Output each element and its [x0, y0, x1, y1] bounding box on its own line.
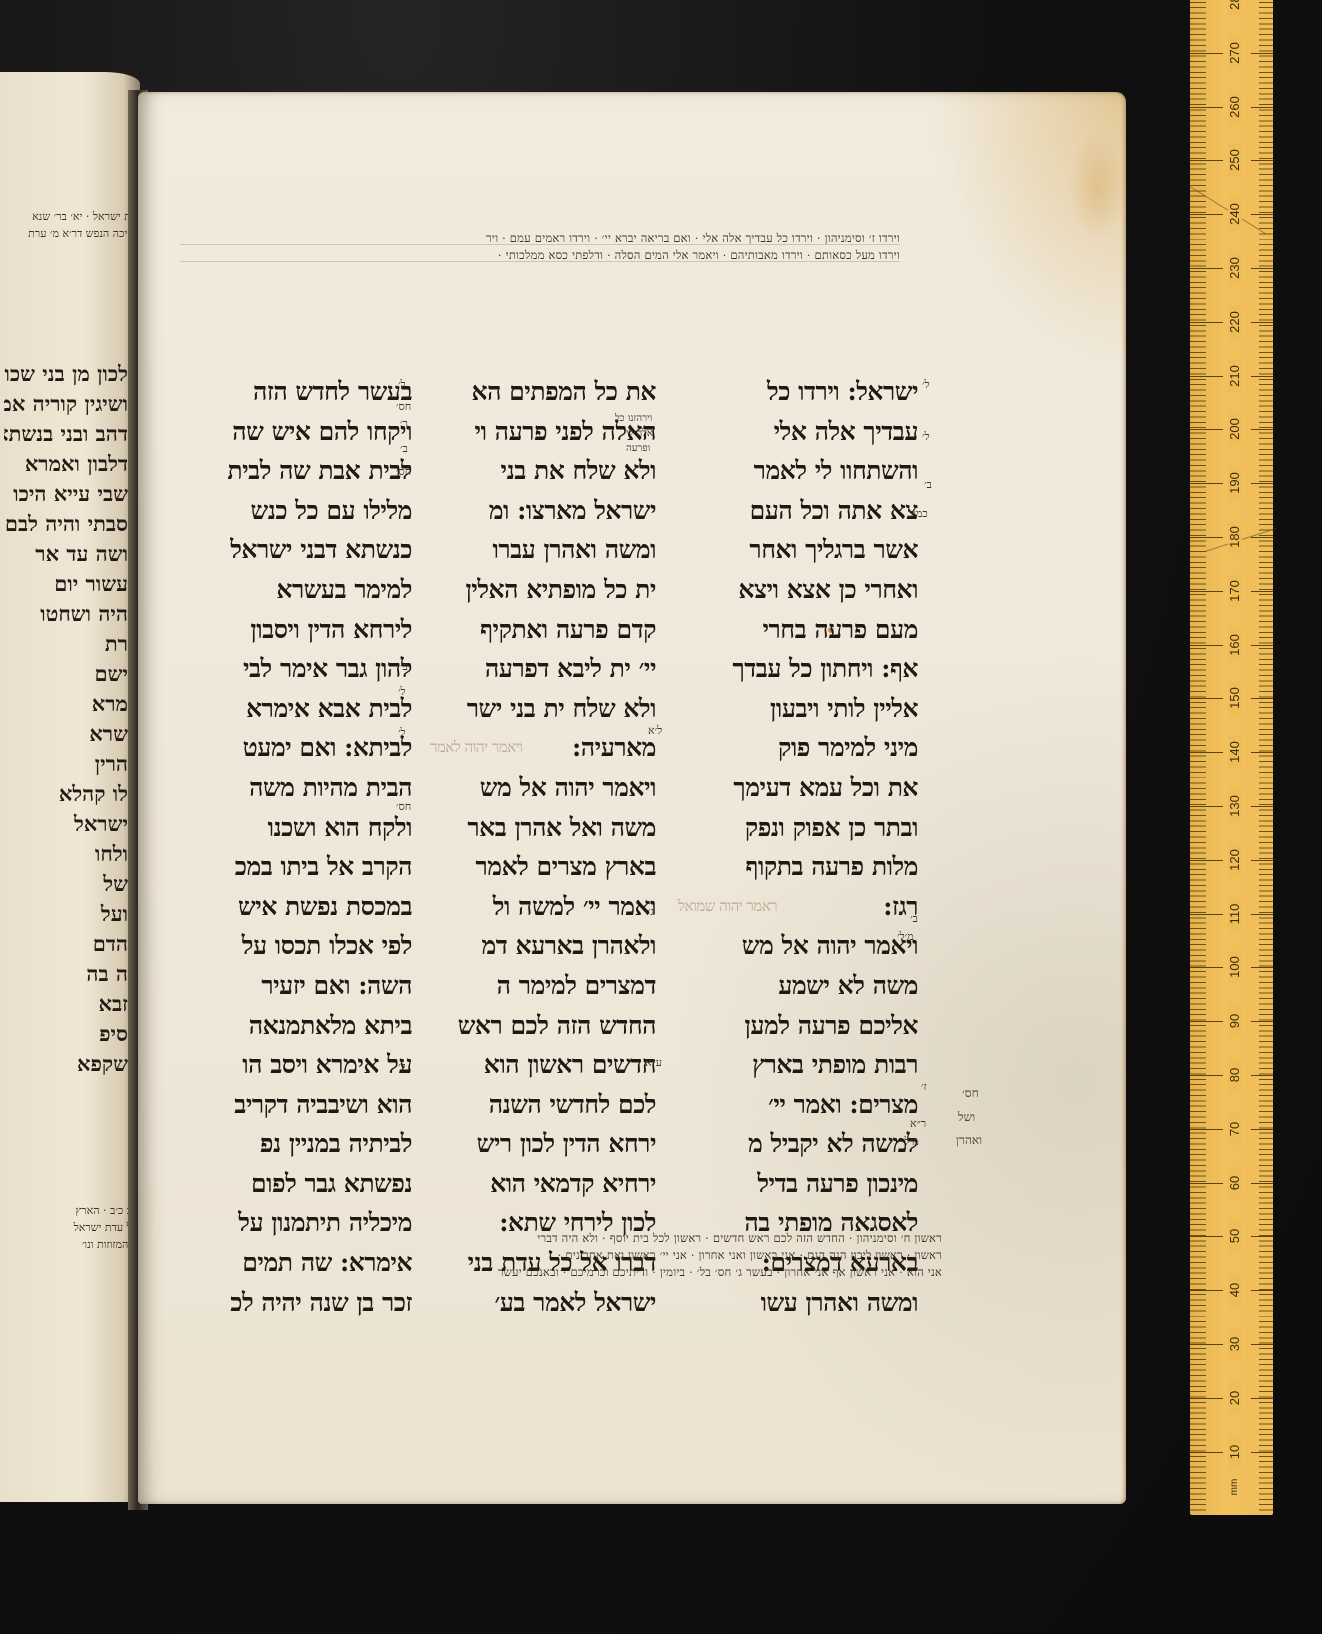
- text-line: מלות פרעה בתקוף: [668, 847, 918, 887]
- masorah-line: וירדו מעל כסאותם · וירדו מאבותיהם · ויאמ…: [180, 247, 900, 264]
- text-line: קדם פרעה ואתקיף: [420, 610, 656, 650]
- text-line: על אימרא ויסב הו: [180, 1045, 412, 1085]
- marginal-gloss: חס׳: [962, 1086, 979, 1100]
- text-line: השה: ואם יזעיר: [180, 966, 412, 1006]
- text-line: לכון מן בני שכונו: [4, 359, 128, 389]
- ruler-label: 190: [1228, 467, 1242, 499]
- masorah-magna-bottom: ראשון ח׳ וסימניהון · החדש הזה לכם ראש חד…: [180, 1230, 942, 1281]
- text-line: ישם: [4, 659, 128, 689]
- text-line: ה בה: [4, 959, 128, 989]
- text-line: לכם לחדשי השנה: [420, 1085, 656, 1125]
- ruler-label: 170: [1228, 575, 1242, 607]
- left-page: עית ישראל · יא׳ בר׳ שנא ונסיכה הנפש דר׳א…: [0, 72, 140, 1502]
- masorah-parva-note: חס׳: [396, 800, 411, 813]
- text-line: שקפא: [4, 1049, 128, 1079]
- text-line: ועל: [4, 899, 128, 929]
- text-line: מארעיה: ויאמר יהוה לאמר: [420, 728, 656, 768]
- ruler-label: 140: [1228, 736, 1242, 768]
- text-line: ויאמר יהוה אל מש: [420, 768, 656, 808]
- text-line: ישראל: [4, 809, 128, 839]
- ruler-label: 10: [1228, 1436, 1242, 1468]
- text-line-end: מארעיה:: [572, 733, 656, 762]
- water-stain: [1068, 132, 1128, 242]
- text-line: זבא: [4, 989, 128, 1019]
- text-line: להון גבר אימר לבי: [180, 649, 412, 689]
- ruler-label: 250: [1228, 144, 1242, 176]
- text-line: לבית אבת שה לבית: [180, 451, 412, 491]
- text-line: ולא שלח ית בני ישר: [420, 689, 656, 729]
- left-page-masorah-top: עית ישראל · יא׳ בר׳ שנא ונסיכה הנפש דר׳א…: [0, 210, 140, 240]
- text-line: החדש הזה לכם ראש: [420, 1006, 656, 1046]
- text-line: ויאמר יהוה אל מש: [668, 926, 918, 966]
- ruler-label: 200: [1228, 413, 1242, 445]
- text-line: ביתא מלאתמנאה: [180, 1006, 412, 1046]
- ruler-label: 100: [1228, 951, 1242, 983]
- masorah-parva-note: ר״א: [910, 1117, 926, 1130]
- text-line: ולא שלח את בני: [420, 451, 656, 491]
- text-line: ושה עד אר: [4, 539, 128, 569]
- masorah-parva-note: ל׳: [398, 685, 406, 698]
- ruler-label: 240: [1228, 198, 1242, 230]
- masorah-parva-note: מ׳ל׳: [902, 1135, 919, 1148]
- text-line: ית כל מופתיא האלין: [420, 570, 656, 610]
- text-line: במכסת נפשת איש: [180, 887, 412, 927]
- text-line: את וכל עמא דעימך: [668, 768, 918, 808]
- left-page-text-column: לכון מן בני שכונו ושיגין קוריה אמרה דהב …: [4, 359, 128, 1079]
- ruler-minor-ticks-right: [1249, 0, 1273, 1515]
- ruler-label: 70: [1228, 1113, 1242, 1145]
- text-line: למימר בעשרא: [180, 570, 412, 610]
- ruler-label: 220: [1228, 306, 1242, 338]
- text-line: אליכם פרעה למען: [668, 1006, 918, 1046]
- ruler-label: 30: [1228, 1328, 1242, 1360]
- masorah-magna-top: וירדו ז׳ וסימניהון · וירדו כל עבדיך אלה …: [180, 230, 900, 264]
- text-line: סבתי והיה לבם: [4, 509, 128, 539]
- masorah-parva-note: ג׳: [648, 905, 654, 918]
- text-line: מעם פרעה בחרי: [668, 610, 918, 650]
- text-line: ולחו: [4, 839, 128, 869]
- marginal-gloss: ואהרן: [956, 1133, 982, 1147]
- text-line: כנשתא דבני ישראל: [180, 530, 412, 570]
- text-line: אף: ויחתון כל עבדך: [668, 649, 918, 689]
- ruler-label: 150: [1228, 682, 1242, 714]
- text-line: ישראל: וירדו כל: [668, 372, 918, 412]
- text-line: בארץ מצרים לאמר: [420, 847, 656, 887]
- text-line: נפשתא גבר לפום: [180, 1164, 412, 1204]
- text-line: ירחא הדין לכון ריש: [420, 1124, 656, 1164]
- text-line: צא אתה וכל העם: [668, 491, 918, 531]
- ruler-label: 50: [1228, 1220, 1242, 1252]
- masorah-parva-note: וירהזנו כל: [615, 413, 652, 424]
- text-line: ומשה ואהרן עברו: [420, 530, 656, 570]
- text-line: דמצרים למימר ה: [420, 966, 656, 1006]
- text-line: ובתר כן אפוק ונפק: [668, 808, 918, 848]
- text-line: הרין: [4, 749, 128, 779]
- text-line: ושיגין קוריה אמרה: [4, 389, 128, 419]
- masorah-parva-note: ל׳: [398, 1060, 406, 1073]
- ruler-unit-label: mm: [1229, 1471, 1241, 1503]
- text-line: אליין לותי ויבעון: [668, 689, 918, 729]
- text-line: מלילו עם כל כנש: [180, 491, 412, 531]
- text-column-left: בעשר לחדש הזה ויקחו להם איש שה לבית אבת …: [180, 372, 412, 1322]
- ruler-label: 80: [1228, 1059, 1242, 1091]
- ruler-label: 160: [1228, 629, 1242, 661]
- text-line: בעשר לחדש הזה: [180, 372, 412, 412]
- ruler-label: 270: [1228, 37, 1242, 69]
- ruler-minor-ticks-left: [1190, 0, 1214, 1515]
- text-line: הדם: [4, 929, 128, 959]
- masorah-line: ראשון · ראשון ליכון הנה הנם · אני ראשון …: [180, 1247, 942, 1264]
- ruler-label: 60: [1228, 1167, 1242, 1199]
- masorah-parva-note: ב׳: [924, 478, 932, 491]
- text-line: הבית מהיות משה: [180, 768, 412, 808]
- ruler-label: 90: [1228, 1005, 1242, 1037]
- text-line: זכר בן שנה יהיה לכ: [180, 1283, 412, 1323]
- text-line: ויקחו להם איש שה: [180, 412, 412, 452]
- masorah-parva-note: ל׳: [398, 726, 406, 739]
- text-line: מינכון פרעה בדיל: [668, 1164, 918, 1204]
- text-line: ולאהרן בארעא דמ: [420, 926, 656, 966]
- text-column-middle: את כל המפתים הא האלה לפני פרעה וי ולא של…: [420, 372, 656, 1322]
- masorah-parva-note: אלה לי: [626, 428, 653, 439]
- ruler-label: 110: [1228, 898, 1242, 930]
- text-line: עשור יום: [4, 569, 128, 599]
- text-line: סיפ: [4, 1019, 128, 1049]
- masorah-line: בי המזוזות ונו׳: [0, 1236, 140, 1253]
- text-line: ירחיא קדמאי הוא: [420, 1164, 656, 1204]
- text-line: רת: [4, 629, 128, 659]
- marginal-gloss: ושל: [958, 1110, 975, 1124]
- masorah-parva-note: חס׳: [396, 400, 411, 413]
- text-line: עבדיך אלה אלי: [668, 412, 918, 452]
- text-line: אשר ברגליך ואחר: [668, 530, 918, 570]
- text-line: של: [4, 869, 128, 899]
- text-line: הוא ושיבביה דקריב: [180, 1085, 412, 1125]
- masorah-line: ראשון ח׳ וסימניהון · החדש הזה לכם ראש חד…: [180, 1230, 942, 1247]
- masorah-parva-note: ב׳: [910, 912, 918, 925]
- text-line: ישראל לאמר בע׳: [420, 1283, 656, 1323]
- ruler-label: 210: [1228, 360, 1242, 392]
- masorah-line: ונסיכה הנפש דר׳א מ׳ ערת: [0, 227, 140, 240]
- text-line: לבית אבא אימרא: [180, 689, 412, 729]
- faint-offset-text: ראמר יהוה שמואל: [678, 887, 777, 927]
- masorah-parva-note: ל׳: [922, 430, 930, 443]
- text-line: והשתחוו לי לאמר: [668, 451, 918, 491]
- text-line: רבות מופתי בארץ: [668, 1045, 918, 1085]
- masorah-parva-note: ב׳: [400, 442, 408, 455]
- masorah-parva-note: מ׳ל׳: [897, 930, 914, 943]
- text-line: הקרב אל ביתו במכ: [180, 847, 412, 887]
- text-line: למשה לא יקביל מ: [668, 1124, 918, 1164]
- masorah-line: וכל עדת ישראל: [0, 1219, 140, 1236]
- ruler-label: 40: [1228, 1274, 1242, 1306]
- masorah-parva-note: כמ׳ב: [908, 507, 928, 520]
- text-line: ואחרי כן אצא ויצא: [668, 570, 918, 610]
- text-line: יי׳ ית ליבא דפרעה: [420, 649, 656, 689]
- text-line: את כל המפתים הא: [420, 372, 656, 412]
- ruler-label: 180: [1228, 521, 1242, 553]
- ruler-label: 230: [1228, 252, 1242, 284]
- masorah-parva-note: ב׳: [400, 660, 408, 673]
- ruler-label: 20: [1228, 1382, 1242, 1414]
- masorah-line: עית ישראל · יא׳ בר׳ שנא: [0, 210, 140, 223]
- text-line: ולקח הוא ושכנו: [180, 808, 412, 848]
- masorah-parva-note: ל׳א: [648, 724, 662, 737]
- ruler-label: 280: [1228, 0, 1242, 15]
- text-line: מיני למימר פוק: [668, 728, 918, 768]
- text-line: משה ואל אהרן באר: [420, 808, 656, 848]
- masorah-parva-note: ז׳: [921, 1080, 927, 1093]
- text-line: דהב ובני בנשתא: [4, 419, 128, 449]
- text-line: שבי עייא היכו: [4, 479, 128, 509]
- masorah-parva-note: ל׳: [922, 378, 930, 391]
- text-line: לביתא: ואם ימעט: [180, 728, 412, 768]
- text-line: מצרים: ואמר יי׳: [668, 1085, 918, 1125]
- masorah-parva-note: חס׳: [396, 465, 411, 478]
- text-line: ואמר יי׳ למשה ול: [420, 887, 656, 927]
- measuring-ruler: 10 20 30 40 50 60 70 80 90 100 110 120 1…: [1190, 0, 1273, 1515]
- text-line: ומשה ואהרן עשו: [668, 1283, 918, 1323]
- text-line: ישראל מארצו: ומ: [420, 491, 656, 531]
- masorah-parva-note: ר׳: [400, 417, 408, 430]
- left-page-masorah-bottom: ר׳ב כ׳ב · הארץ וכל עדת ישראל בי המזוזות …: [0, 1202, 140, 1253]
- masorah-line: ר׳ב כ׳ב · הארץ: [0, 1202, 140, 1219]
- masorah-parva-note: ע״א: [645, 1056, 662, 1069]
- masorah-parva-note: ל׳: [398, 378, 406, 391]
- text-line: לביתיה במניין נפ: [180, 1124, 412, 1164]
- text-line: שרא: [4, 719, 128, 749]
- masorah-parva-note: ופרעה: [626, 443, 650, 454]
- text-line: לפי אכלו תכסו על: [180, 926, 412, 966]
- text-line: לו קהלא: [4, 779, 128, 809]
- faint-offset-text: ויאמר יהוה לאמר: [430, 728, 522, 768]
- text-column-right: ישראל: וירדו כל עבדיך אלה אלי והשתחוו לי…: [668, 372, 918, 1322]
- masorah-line: וירדו ז׳ וסימניהון · וירדו כל עבדיך אלה …: [180, 230, 900, 247]
- text-line: היה ושחטו: [4, 599, 128, 629]
- text-line: דלבון ואמרא: [4, 449, 128, 479]
- ruler-label: 260: [1228, 91, 1242, 123]
- masorah-line: אני הוא · אני ראשון אף אני אחרון · בעשר …: [180, 1264, 942, 1281]
- text-line: לירחא הדין ויסבון: [180, 610, 412, 650]
- text-line: מרא: [4, 689, 128, 719]
- text-line: רגז: ראמר יהוה שמואל: [668, 887, 918, 927]
- text-line: חדשים ראשון הוא: [420, 1045, 656, 1085]
- text-line: משה לא ישמע: [668, 966, 918, 1006]
- ruler-label: 130: [1228, 790, 1242, 822]
- ruler-label: 120: [1228, 844, 1242, 876]
